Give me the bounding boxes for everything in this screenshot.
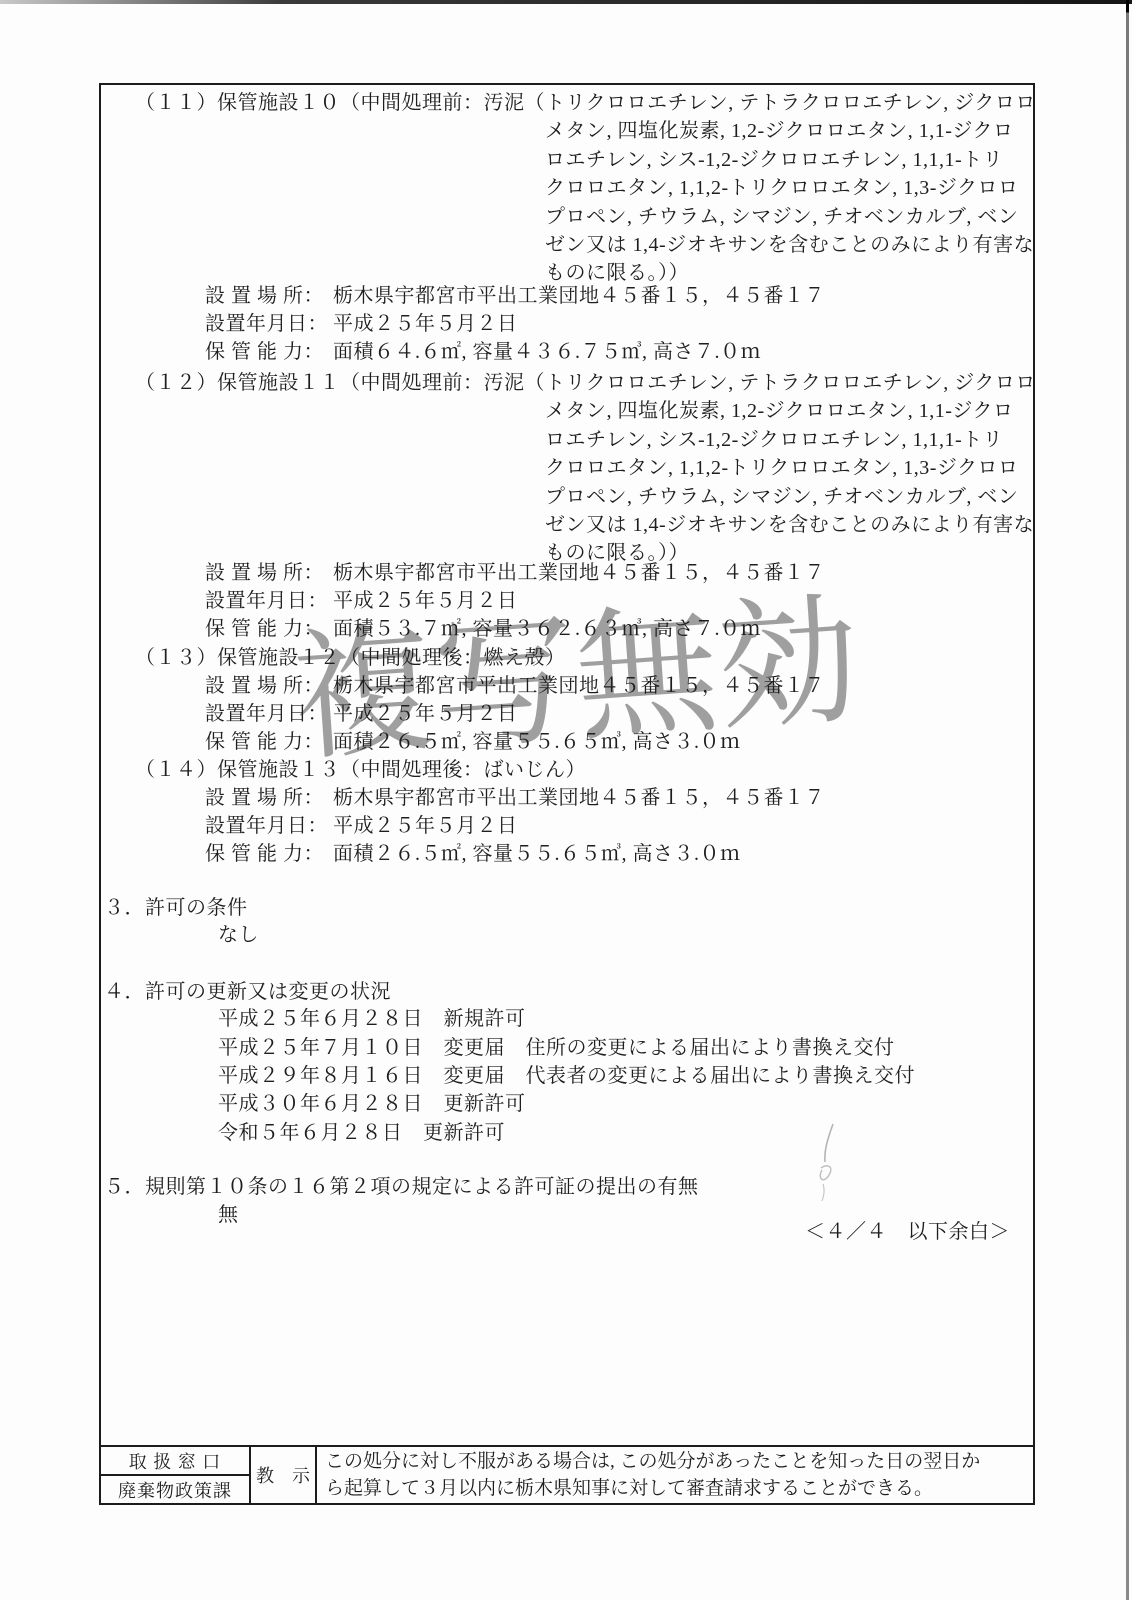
history-entry: 平成３０年６月２８日 更新許可 xyxy=(218,1090,526,1118)
field-value: 栃木県宇都宮市平出工業団地４５番１５，４５番１７ xyxy=(333,784,825,812)
facility-entry-11: （１１）保管施設１０（中間処理前：汚泥（ トリクロロエチレン, テトラクロロエチ… xyxy=(135,89,1036,288)
field-row-capacity: 保 管 能 力： 面積２６.５㎡, 容量５５.６５㎥, 高さ３.０ｍ xyxy=(205,728,741,756)
chemical-line: クロロエタン, 1,1,2-トリクロロエタン, 1,3-ジクロロ xyxy=(545,454,1036,482)
chemical-line: ゼン又は 1,4-ジオキサンを含むことのみにより有害な xyxy=(545,511,1036,539)
field-label: 設 置 場 所： xyxy=(205,672,333,700)
facility-heading: （１１）保管施設１０（中間処理前：汚泥（ xyxy=(135,89,545,117)
history-entry: 平成２５年７月１０日 変更届 住所の変更による届出により書換え交付 xyxy=(218,1034,895,1062)
field-label: 設置年月日： xyxy=(205,310,333,338)
field-label: 設置年月日： xyxy=(205,587,333,615)
pen-mark-artifact xyxy=(795,1118,855,1218)
history-entry: 平成２９年８月１６日 変更届 代表者の変更による届出により書換え交付 xyxy=(218,1062,915,1090)
instruction-label-cell: 教 示 xyxy=(251,1447,317,1503)
field-row-capacity: 保 管 能 力： 面積６４.６㎡, 容量４３６.７５㎥, 高さ７.０ｍ xyxy=(205,338,761,366)
appeal-notice-line: この処分に対し不服がある場合は, この処分があったことを知った日の翌日か xyxy=(325,1448,1029,1475)
section-3-body: なし xyxy=(218,921,259,949)
section-4-heading: ４．許可の更新又は変更の状況 xyxy=(104,978,391,1006)
chemical-line: プロペン, チウラム, シマジン, チオベンカルブ, ベン xyxy=(545,483,1036,511)
field-row-location: 設 置 場 所： 栃木県宇都宮市平出工業団地４５番１５，４５番１７ xyxy=(205,672,825,700)
handling-desk-cell: 取 扱 窓 口 xyxy=(101,1447,249,1476)
field-value: 栃木県宇都宮市平出工業団地４５番１５，４５番１７ xyxy=(333,672,825,700)
handling-desk-column: 取 扱 窓 口 廃棄物政策課 xyxy=(101,1447,251,1503)
chemical-line: クロロエタン, 1,1,2-トリクロロエタン, 1,3-ジクロロ xyxy=(545,174,1036,202)
section-3-heading: ３．許可の条件 xyxy=(104,894,248,922)
scan-edge-top xyxy=(0,0,1132,4)
section-5-body: 無 xyxy=(218,1201,239,1229)
chemical-line: プロペン, チウラム, シマジン, チオベンカルブ, ベン xyxy=(545,203,1036,231)
facility-entry-14: （１４）保管施設１３（中間処理後：ばいじん） xyxy=(135,756,586,784)
field-row-location: 設 置 場 所： 栃木県宇都宮市平出工業団地４５番１５，４５番１７ xyxy=(205,784,825,812)
field-row-capacity: 保 管 能 力： 面積５３.７㎡, 容量３６２.６３㎥, 高さ７.０ｍ xyxy=(205,615,761,643)
field-value: 平成２５年５月２日 xyxy=(333,700,518,728)
section-5-heading: ５．規則第１０条の１６第２項の規定による許可証の提出の有無 xyxy=(104,1173,699,1201)
field-row-install-date: 設置年月日： 平成２５年５月２日 xyxy=(205,700,518,728)
field-label: 保 管 能 力： xyxy=(205,840,333,868)
footer-table: 取 扱 窓 口 廃棄物政策課 教 示 この処分に対し不服がある場合は, この処分… xyxy=(99,1445,1035,1505)
field-value: 面積２６.５㎡, 容量５５.６５㎥, 高さ３.０ｍ xyxy=(333,840,741,868)
chemical-line: ロエチレン, シス-1,2-ジクロロエチレン, 1,1,1-トリ xyxy=(545,146,1036,174)
field-label: 設置年月日： xyxy=(205,812,333,840)
history-entry: 令和５年６月２８日 更新許可 xyxy=(218,1119,505,1147)
field-label: 保 管 能 力： xyxy=(205,728,333,756)
facility-entry-12: （１２）保管施設１１（中間処理前：汚泥（ トリクロロエチレン, テトラクロロエチ… xyxy=(135,369,1036,568)
chemical-list: トリクロロエチレン, テトラクロロエチレン, ジクロロ メタン, 四塩化炭素, … xyxy=(545,369,1036,568)
chemical-list: トリクロロエチレン, テトラクロロエチレン, ジクロロ メタン, 四塩化炭素, … xyxy=(545,89,1036,288)
facility-heading: （１４）保管施設１３（中間処理後：ばいじん） xyxy=(135,759,586,781)
field-value: 平成２５年５月２日 xyxy=(333,310,518,338)
field-label: 保 管 能 力： xyxy=(205,615,333,643)
field-row-location: 設 置 場 所： 栃木県宇都宮市平出工業団地４５番１５，４５番１７ xyxy=(205,559,825,587)
field-label: 設 置 場 所： xyxy=(205,559,333,587)
field-row-install-date: 設置年月日： 平成２５年５月２日 xyxy=(205,310,518,338)
page-remainder-marker: ＜４／４ 以下余白＞ xyxy=(805,1218,1010,1246)
field-label: 設 置 場 所： xyxy=(205,784,333,812)
scan-edge-right xyxy=(1126,0,1129,1600)
facility-heading: （１２）保管施設１１（中間処理前：汚泥（ xyxy=(135,369,545,397)
chemical-line: ゼン又は 1,4-ジオキサンを含むことのみにより有害な xyxy=(545,231,1036,259)
field-value: 面積２６.５㎡, 容量５５.６５㎥, 高さ３.０ｍ xyxy=(333,728,741,756)
field-row-capacity: 保 管 能 力： 面積２６.５㎡, 容量５５.６５㎥, 高さ３.０ｍ xyxy=(205,840,741,868)
field-label: 保 管 能 力： xyxy=(205,338,333,366)
field-value: 面積５３.７㎡, 容量３６２.６３㎥, 高さ７.０ｍ xyxy=(333,615,761,643)
facility-heading: （１３）保管施設１２（中間処理後：燃え殻） xyxy=(135,647,566,669)
field-value: 栃木県宇都宮市平出工業団地４５番１５，４５番１７ xyxy=(333,559,825,587)
chemical-line: トリクロロエチレン, テトラクロロエチレン, ジクロロ xyxy=(545,89,1036,117)
history-entry: 平成２５年６月２８日 新規許可 xyxy=(218,1005,526,1033)
field-row-install-date: 設置年月日： 平成２５年５月２日 xyxy=(205,812,518,840)
chemical-line: メタン, 四塩化炭素, 1,2-ジクロロエタン, 1,1-ジクロ xyxy=(545,117,1036,145)
field-value: 平成２５年５月２日 xyxy=(333,587,518,615)
scanned-permit-document-page: 複写無効 （１１）保管施設１０（中間処理前：汚泥（ トリクロロエチレン, テトラ… xyxy=(0,0,1132,1600)
chemical-line: メタン, 四塩化炭素, 1,2-ジクロロエタン, 1,1-ジクロ xyxy=(545,397,1036,425)
appeal-notice-cell: この処分に対し不服がある場合は, この処分があったことを知った日の翌日か ら起算… xyxy=(317,1447,1033,1503)
field-label: 設置年月日： xyxy=(205,700,333,728)
field-value: 面積６４.６㎡, 容量４３６.７５㎥, 高さ７.０ｍ xyxy=(333,338,761,366)
chemical-line: ロエチレン, シス-1,2-ジクロロエチレン, 1,1,1-トリ xyxy=(545,426,1036,454)
field-label: 設 置 場 所： xyxy=(205,282,333,310)
appeal-notice-line: ら起算して３月以内に栃木県知事に対して審査請求することができる。 xyxy=(325,1475,1029,1502)
field-row-location: 設 置 場 所： 栃木県宇都宮市平出工業団地４５番１５，４５番１７ xyxy=(205,282,825,310)
chemical-line: トリクロロエチレン, テトラクロロエチレン, ジクロロ xyxy=(545,369,1036,397)
facility-entry-13: （１３）保管施設１２（中間処理後：燃え殻） xyxy=(135,644,566,672)
department-cell: 廃棄物政策課 xyxy=(101,1476,249,1503)
field-row-install-date: 設置年月日： 平成２５年５月２日 xyxy=(205,587,518,615)
field-value: 栃木県宇都宮市平出工業団地４５番１５，４５番１７ xyxy=(333,282,825,310)
field-value: 平成２５年５月２日 xyxy=(333,812,518,840)
